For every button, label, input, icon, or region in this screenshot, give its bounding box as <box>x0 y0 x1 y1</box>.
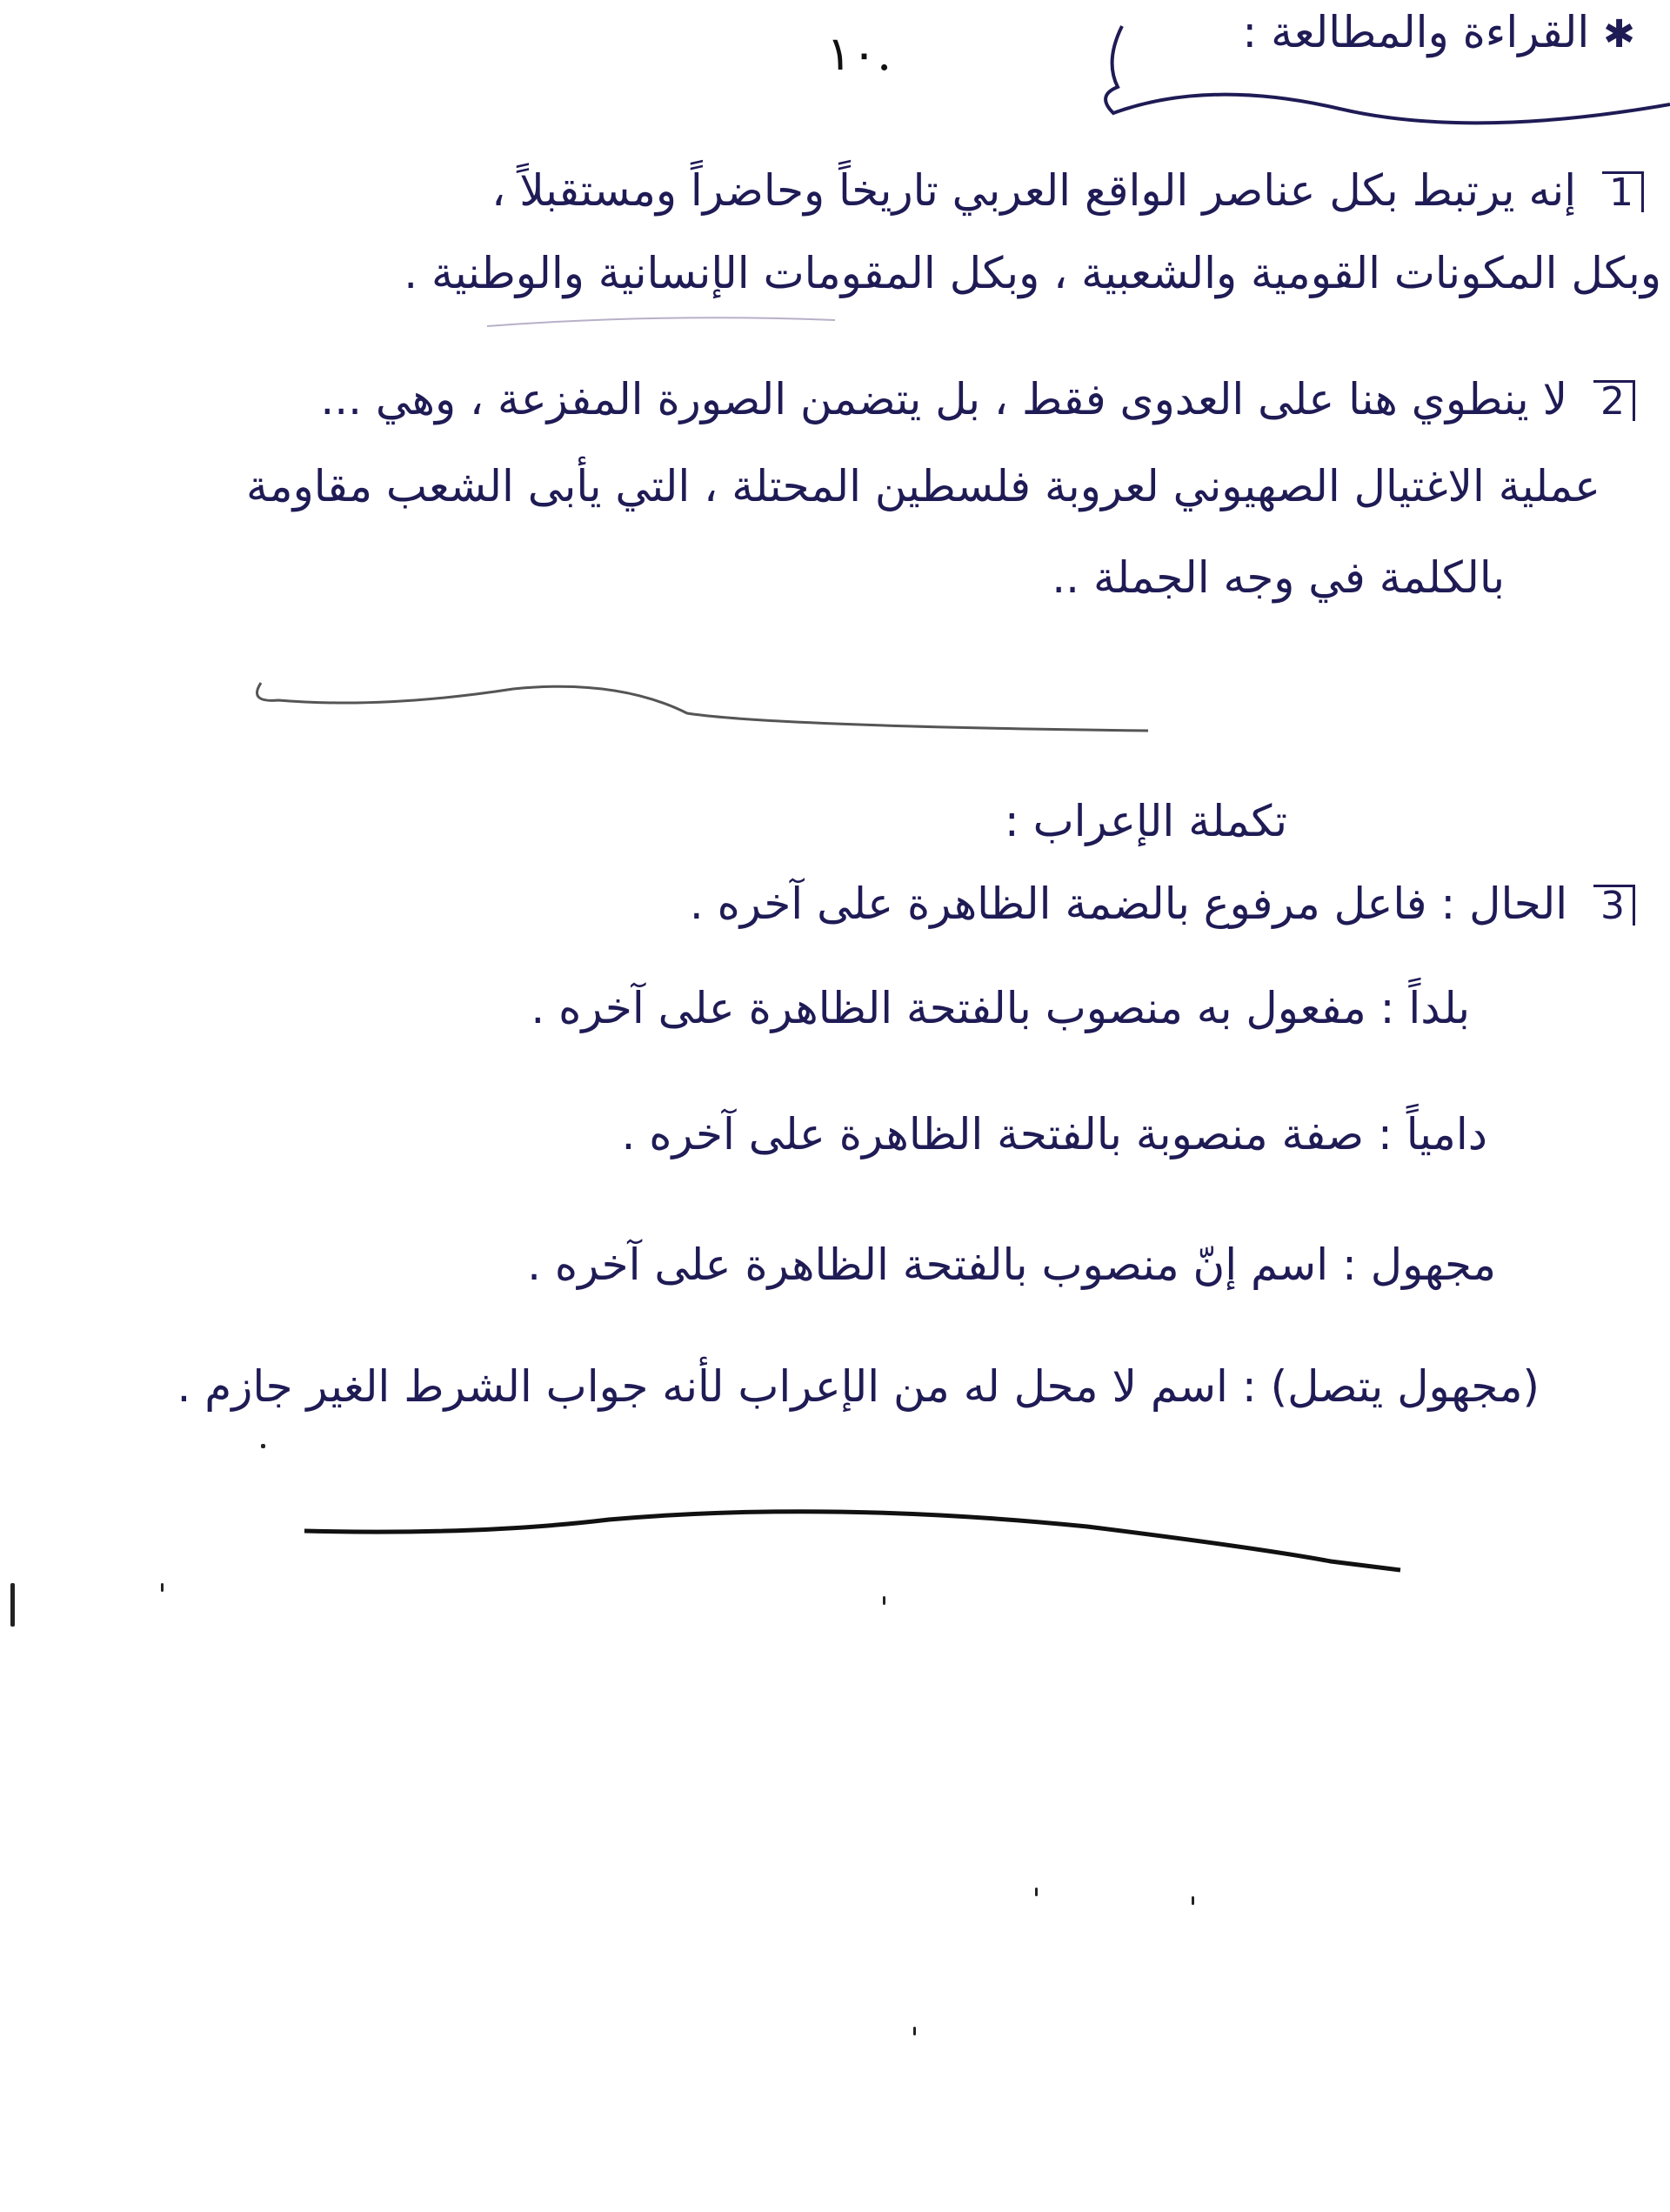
page-number-marker: ١٠. <box>826 26 892 81</box>
irab-item: دامياً : صفة منصوبة بالفتحة الظاهرة على … <box>621 1109 1487 1159</box>
faint-underline <box>487 313 835 331</box>
section1-line-2: وبكل المكونات القومية والشعبية ، وبكل ال… <box>404 248 1661 298</box>
irab-item: مجهول : اسم إنّ منصوب بالفتحة الظاهرة عل… <box>527 1240 1496 1290</box>
handwritten-page: ١٠. ✱ القراءة والمطالعة : 1 إنه يرتبط بك… <box>0 0 1670 2212</box>
section1-line-1: 1 إنه يرتبط بكل عناصر الواقع العربي تاري… <box>491 165 1644 216</box>
paper-mark <box>261 1444 265 1448</box>
irab-item: 3 الحال : فاعل مرفوع بالضمة الظاهرة على … <box>690 879 1635 929</box>
section-number-1: 1 <box>1602 171 1644 212</box>
paper-mark <box>883 1596 885 1605</box>
section-divider <box>252 678 1157 731</box>
section2-line-3: بالكلمة في وجه الجملة .. <box>1052 552 1505 603</box>
irab-heading: تكملة الإعراب : <box>1005 796 1287 846</box>
closing-divider <box>304 1509 1418 1570</box>
paper-mark <box>1192 1896 1194 1905</box>
section-number-3: 3 <box>1593 885 1635 926</box>
section-number-2: 2 <box>1593 380 1635 421</box>
paper-mark <box>1035 1888 1038 1896</box>
irab-item: بلداً : مفعول به منصوب بالفتحة الظاهرة ع… <box>531 983 1470 1033</box>
paper-mark <box>913 2027 916 2035</box>
paper-mark <box>161 1583 164 1592</box>
irab-item: (مجهول يتصل) : اسم لا محل له من الإعراب … <box>177 1361 1540 1412</box>
section2-line-1: 2 لا ينطوي هنا على العدوى فقط ، بل يتضمن… <box>320 374 1635 424</box>
paper-mark <box>10 1583 15 1627</box>
heading-underline <box>1079 26 1670 113</box>
section2-line-2: عملية الاغتيال الصهيوني لعروبة فلسطين ال… <box>246 461 1600 511</box>
